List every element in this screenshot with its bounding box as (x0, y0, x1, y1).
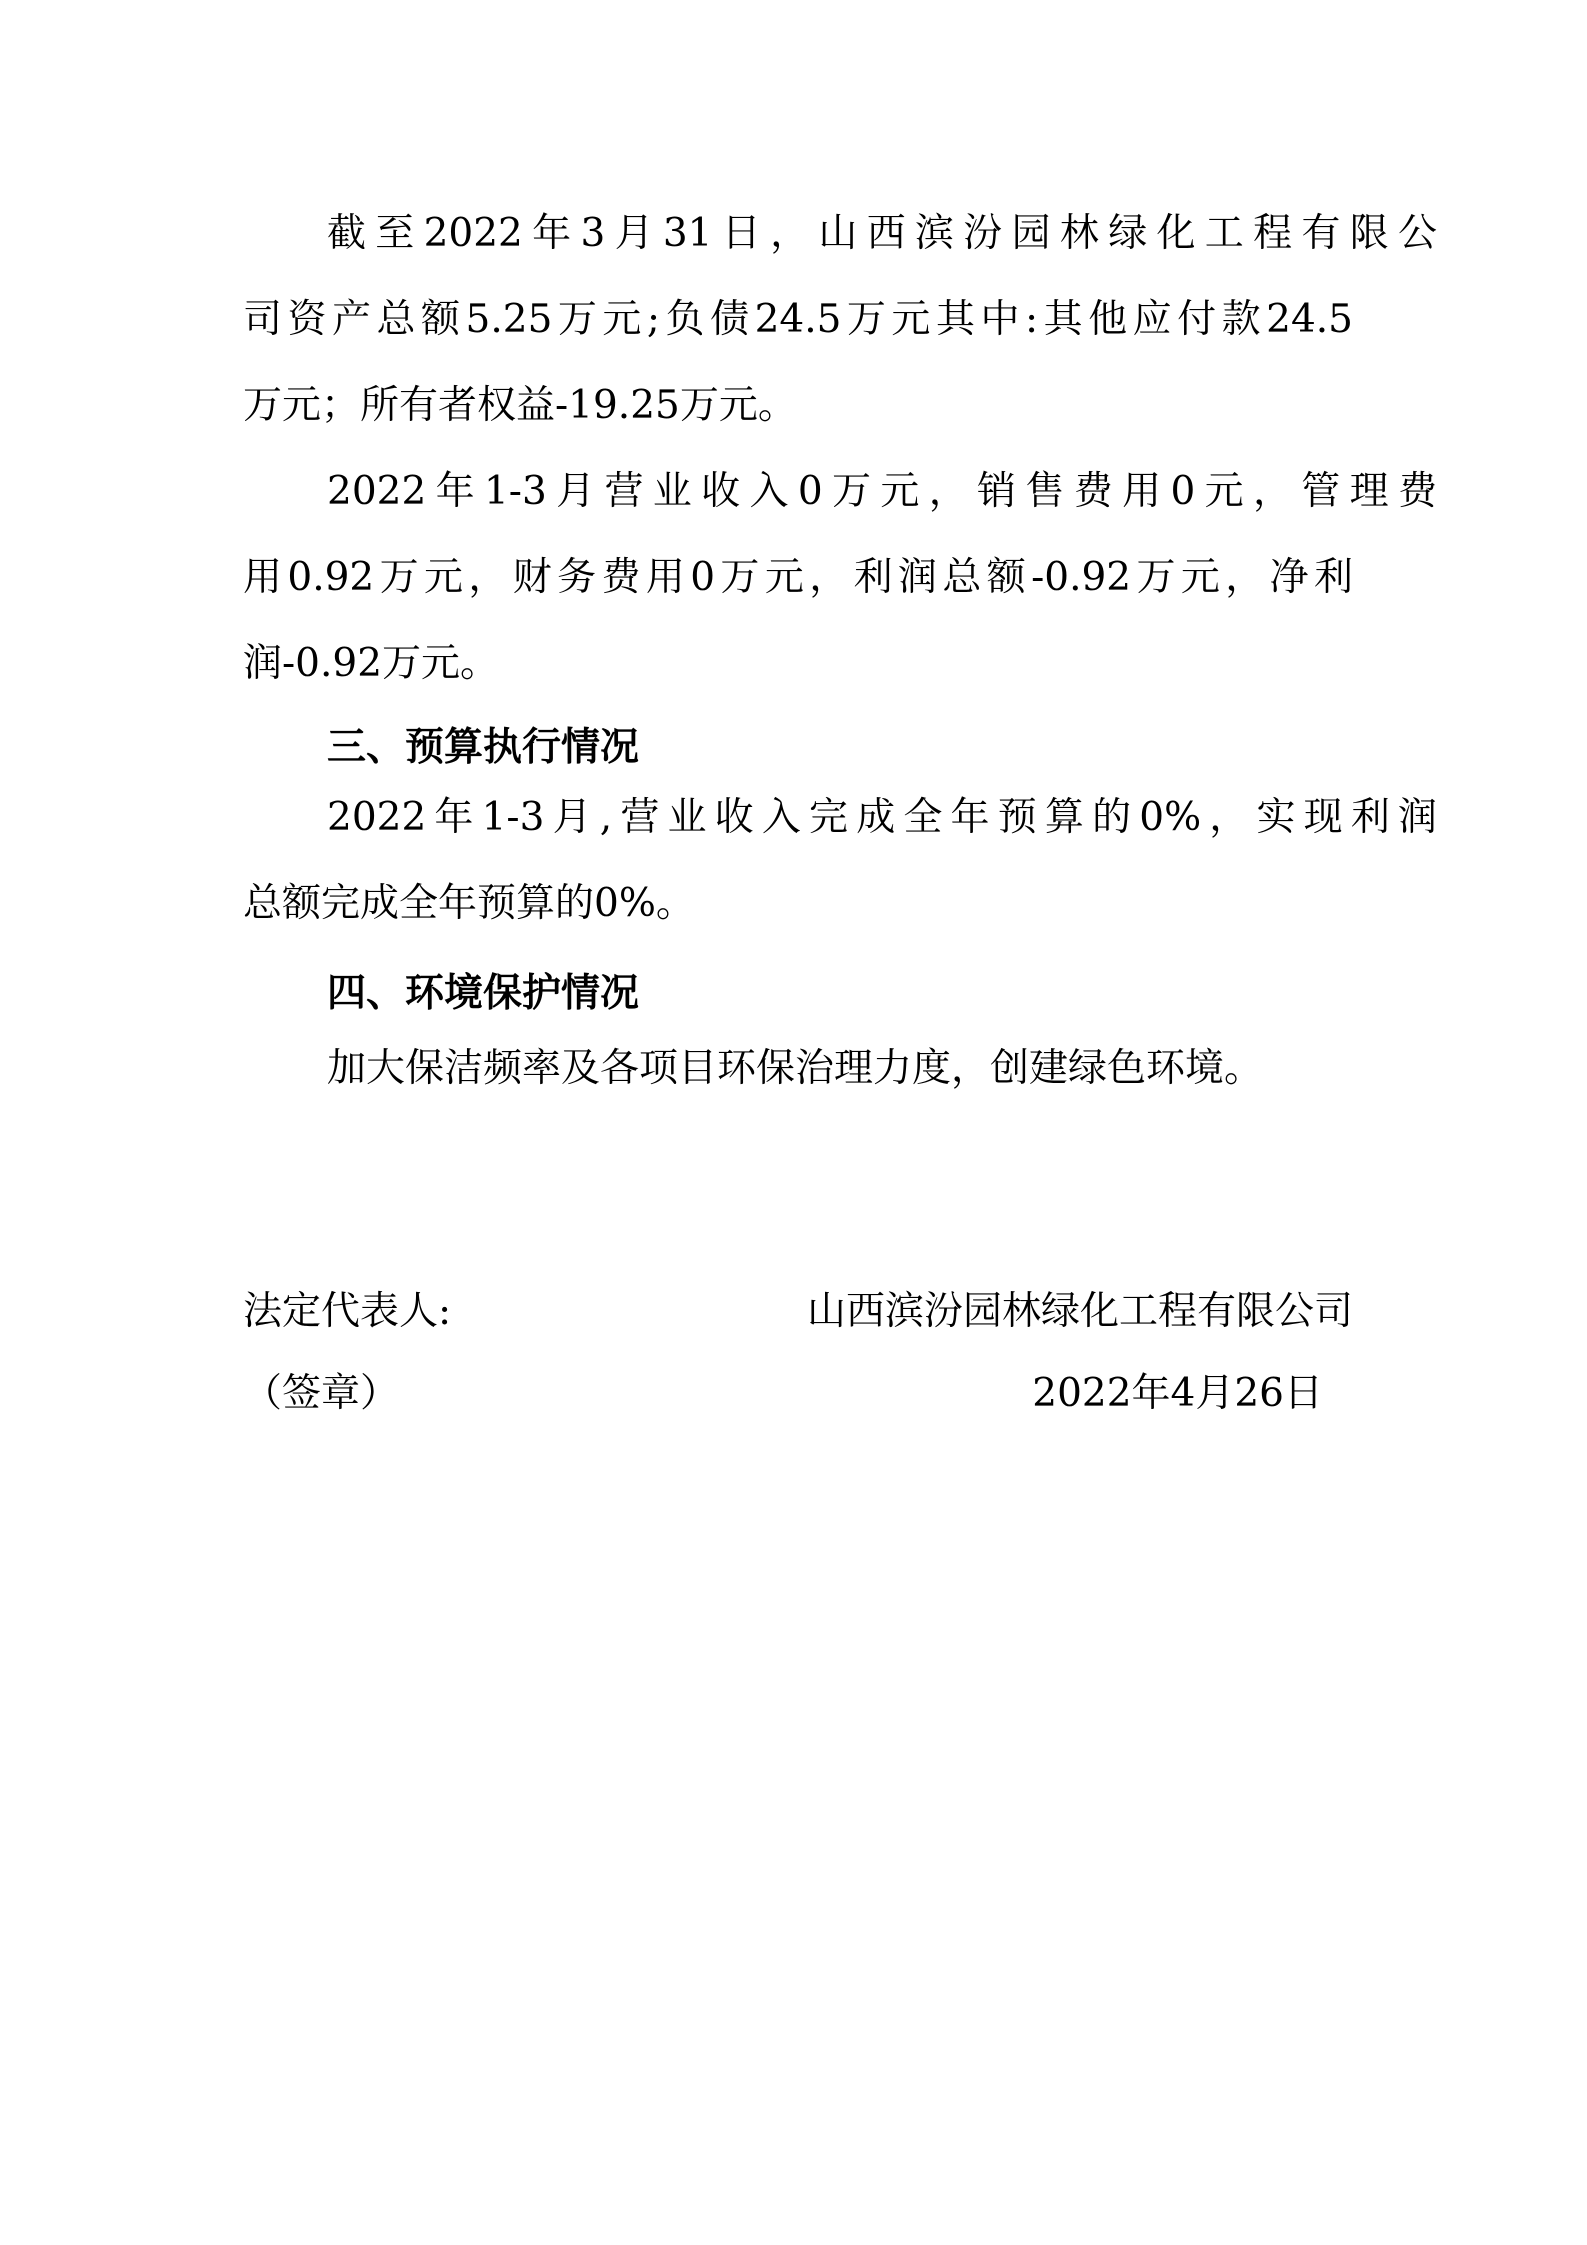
section-4-heading: 四、环境保护情况 (327, 972, 1437, 1016)
section-3-heading: 三、预算执行情况 (327, 726, 1437, 770)
paragraph-2-line-1: 2022年1-3月营业收入0万元，销售费用0元，管理费 (327, 470, 1437, 514)
section-4-line-1: 加大保洁频率及各项目环保治理力度，创建绿色环境。 (327, 1047, 1437, 1091)
paragraph-1-line-2: 司资产总额5.25万元;负债24.5万元其中:其他应付款24.5 (243, 298, 1353, 342)
paragraph-1-line-3: 万元；所有者权益-19.25万元。 (243, 384, 1353, 428)
company-name: 山西滨汾园林绿化工程有限公司 (243, 1290, 1353, 1334)
section-3-line-1: 2022年1-3月,营业收入完成全年预算的0%，实现利润 (327, 796, 1437, 840)
section-3-line-2: 总额完成全年预算的0%。 (243, 882, 1353, 926)
signature-date: 2022年4月26日 (243, 1372, 1323, 1416)
paragraph-1-line-1: 截至2022年3月31日，山西滨汾园林绿化工程有限公 (327, 212, 1437, 256)
paragraph-2-line-2: 用0.92万元，财务费用0万元，利润总额-0.92万元，净利 (243, 556, 1353, 600)
paragraph-2-line-3: 润-0.92万元。 (243, 642, 1353, 686)
